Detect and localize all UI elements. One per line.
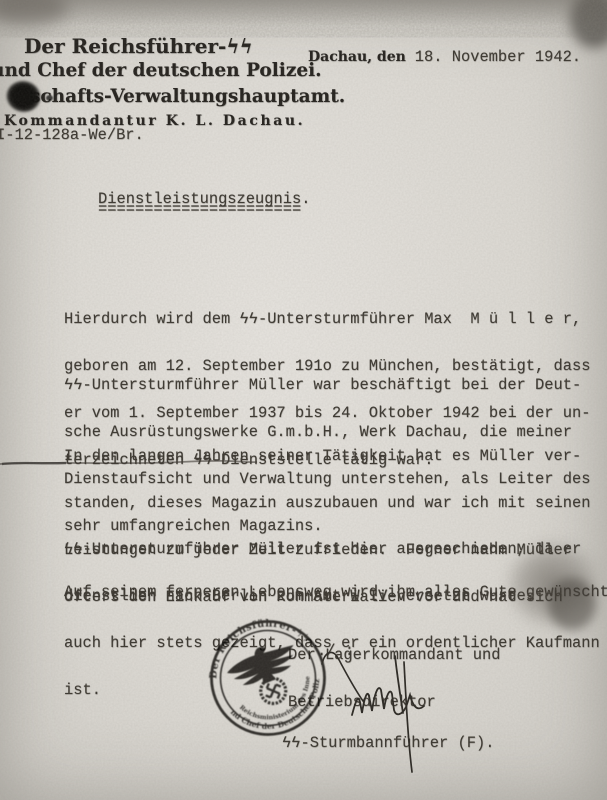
scanned-letter-page: Der Reichsführer-ϟϟ und Chef der deutsch… <box>0 0 607 800</box>
letterhead-line-2: und Chef der deutschen Polizei. <box>0 60 322 81</box>
scan-noise-top-band <box>0 0 607 26</box>
signature-rank-line: ϟϟ-Sturmbannführer (F). <box>282 736 494 752</box>
dateline: Dachau, den 18. November 1942. <box>308 49 581 66</box>
closing-mark: ./ : <box>317 644 354 660</box>
closing-block: Der Lagerkommandant und Betriebsdirektor <box>288 617 500 742</box>
body-line: In den langen Jahren seiner Tätigkeit ha… <box>64 449 604 465</box>
paper-crease-line-dark <box>2 463 66 464</box>
body-line: ϟϟ-Untersturmführer Müller war beschäfti… <box>64 378 604 394</box>
smudge-top-right-corner <box>570 0 607 48</box>
smudge-top-left-corner <box>0 0 68 26</box>
document-title-underline: ====================== <box>98 202 301 218</box>
letterhead-line-3: schafts-Verwaltungshauptamt. <box>30 86 345 107</box>
letterhead-line-1: Der Reichsführer-ϟϟ <box>24 34 253 58</box>
body-line: standen, dieses Magazin auszubauen und w… <box>64 496 604 512</box>
closing-line-2: Betriebsdirektor <box>288 695 500 711</box>
dateline-date: 18. November 1942. <box>415 50 581 66</box>
body-line: Auf seinem ferneren Lebensweg wird ihm a… <box>64 585 604 601</box>
letterhead-ref-number: I-12-128a-We/Br. <box>0 128 144 144</box>
body-line: Hierdurch wird dem ϟϟ-Untersturmführer M… <box>64 312 604 328</box>
dateline-place: Dachau, den <box>308 49 406 65</box>
